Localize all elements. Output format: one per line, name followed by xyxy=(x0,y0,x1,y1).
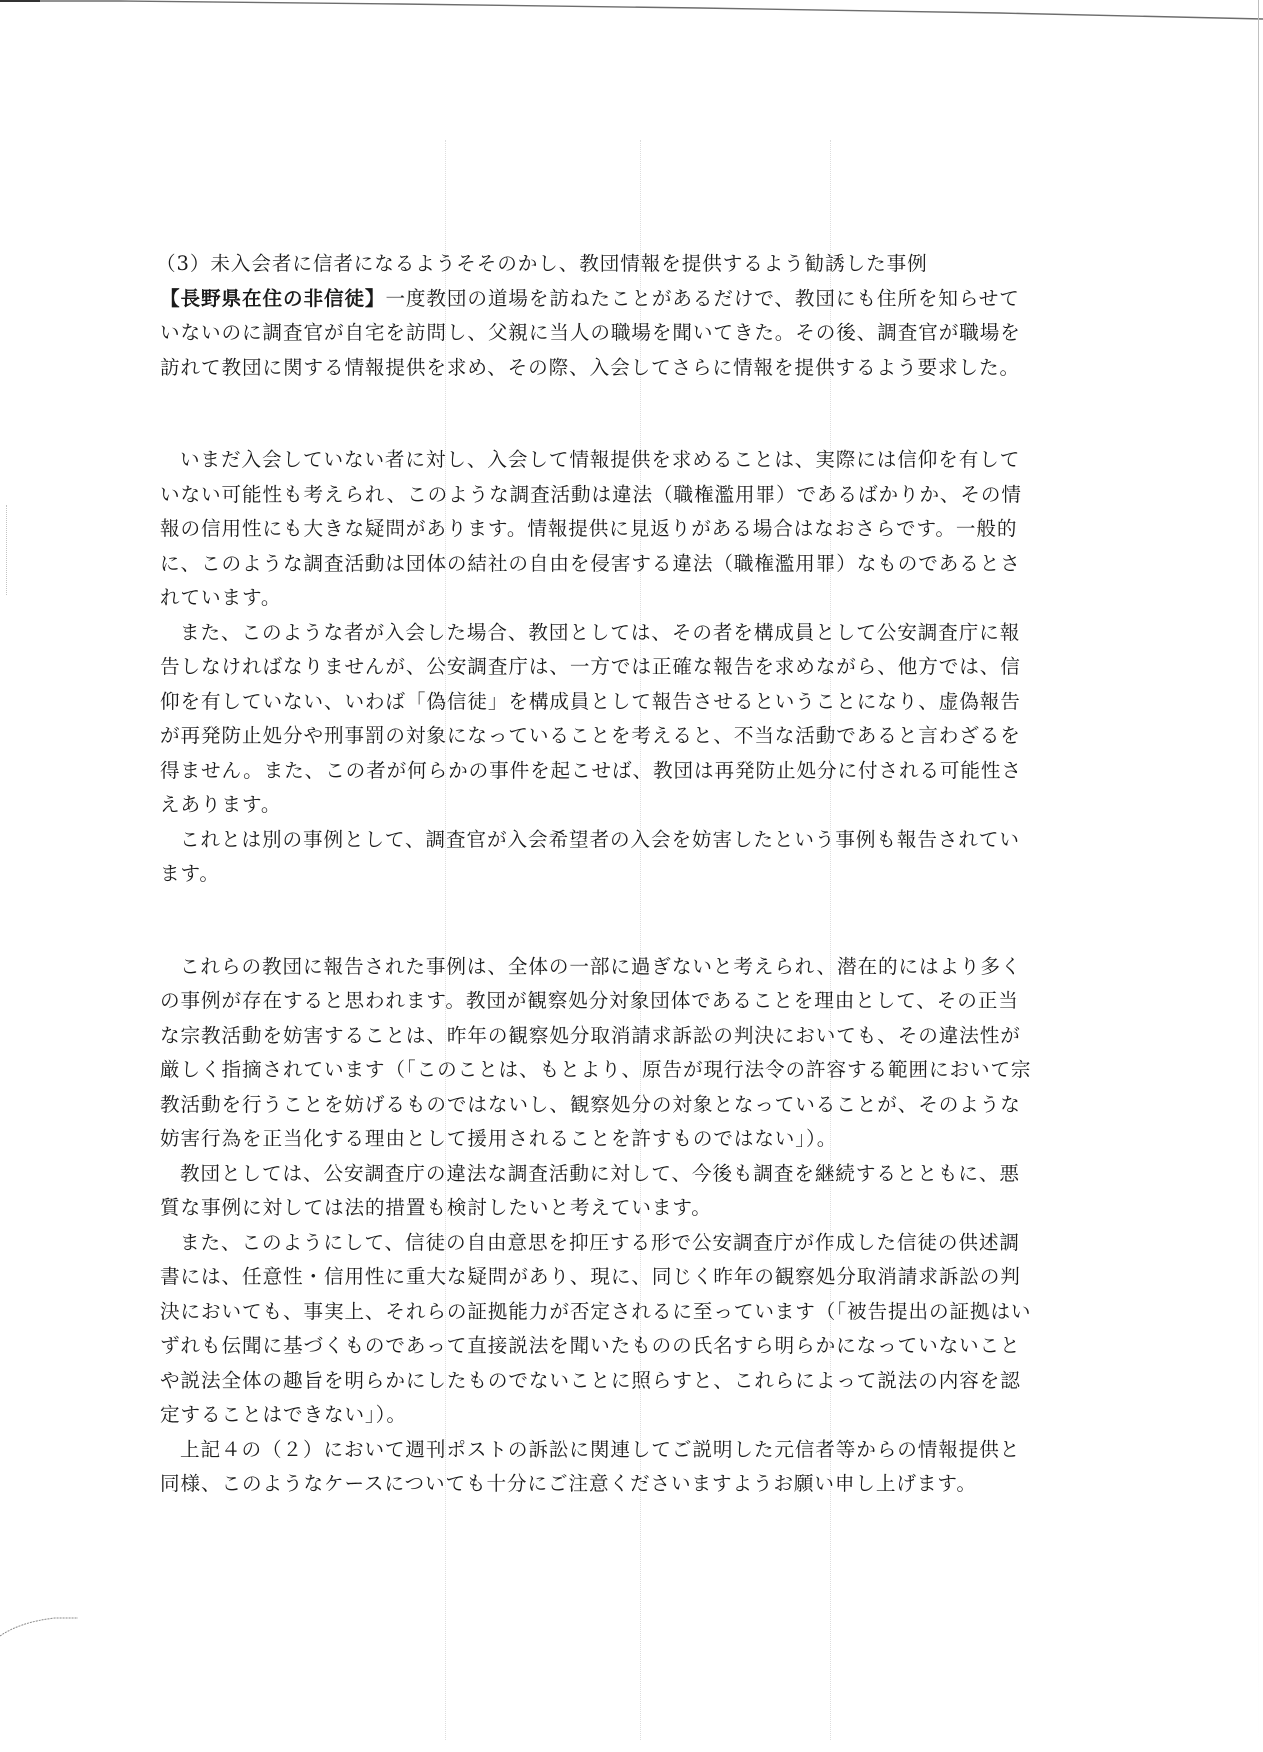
scan-right-edge xyxy=(1258,0,1259,1752)
paragraph-line: れています。 xyxy=(160,581,1085,616)
case-line: いないのに調査官が自宅を訪問し、父親に当人の職場を聞いてきた。その後、調査官が職… xyxy=(160,316,1085,351)
paragraph-line: 定することはできない」）。 xyxy=(160,1398,1085,1433)
paragraph-line: いまだ入会していない者に対し、入会して情報提供を求めることは、実際には信仰を有し… xyxy=(160,443,1085,478)
paragraph: 上記４の（２）において週刊ポストの訴訟に関連してご説明した元信者等からの情報提供… xyxy=(160,1433,1085,1502)
paragraph-line: 告しなければなりませんが、公安調査庁は、一方では正確な報告を求めながら、他方では… xyxy=(160,650,1085,685)
paragraph-line: 妨害行為を正当化する理由として援用されることを許すものではない」）。 xyxy=(160,1122,1085,1157)
paragraph-line: 決においても、事実上、それらの証拠能力が否定されるに至っています（「被告提出の証… xyxy=(160,1295,1085,1330)
paragraph-line: ます。 xyxy=(160,857,1085,892)
paragraph: また、このような者が入会した場合、教団としては、その者を構成員として公安調査庁に… xyxy=(160,616,1085,823)
paragraph-line: これとは別の事例として、調査官が入会希望者の入会を妨害したという事例も報告されて… xyxy=(160,823,1085,858)
paragraph-line: これらの教団に報告された事例は、全体の一部に過ぎないと考えられ、潜在的にはより多… xyxy=(160,950,1085,985)
case-line: 訪れて教団に関する情報提供を求め、その際、入会してさらに情報を提供するよう要求し… xyxy=(160,351,1085,386)
section-heading: （3）未入会者に信者になるようそそのかし、教団情報を提供するよう勧誘した事例 xyxy=(156,247,1085,282)
paragraph: また、このようにして、信徒の自由意思を抑圧する形で公安調査庁が作成した信徒の供述… xyxy=(160,1226,1085,1433)
paragraph: いまだ入会していない者に対し、入会して情報提供を求めることは、実際には信仰を有し… xyxy=(160,443,1085,616)
paragraph: 教団としては、公安調査庁の違法な調査活動に対して、今後も調査を継続するとともに、… xyxy=(160,1157,1085,1226)
paragraph-line: また、このようにして、信徒の自由意思を抑圧する形で公安調査庁が作成した信徒の供述… xyxy=(160,1226,1085,1261)
paragraph-line: ずれも伝聞に基づくものであって直接説法を聞いたものの氏名すら明らかになっていない… xyxy=(160,1329,1085,1364)
paragraph-line: 上記４の（２）において週刊ポストの訴訟に関連してご説明した元信者等からの情報提供… xyxy=(160,1433,1085,1468)
paragraph-line: 仰を有していない、いわば「偽信徒」を構成員として報告させるということになり、虚偽… xyxy=(160,685,1085,720)
paragraph: これとは別の事例として、調査官が入会希望者の入会を妨害したという事例も報告されて… xyxy=(160,823,1085,892)
document-body: （3）未入会者に信者になるようそそのかし、教団情報を提供するよう勧誘した事例 【… xyxy=(160,247,1085,1502)
paragraph-line: や説法全体の趣旨を明らかにしたものでないことに照らすと、これらによって説法の内容… xyxy=(160,1364,1085,1399)
paragraph-line: 教団としては、公安調査庁の違法な調査活動に対して、今後も調査を継続するとともに、… xyxy=(160,1157,1085,1192)
paragraph-line: 教活動を行うことを妨げるものではないし、観察処分の対象となっていることが、そのよ… xyxy=(160,1088,1085,1123)
spacer xyxy=(160,892,1085,950)
scan-top-edge xyxy=(0,0,1263,22)
paragraph-line: 得ません。また、この者が何らかの事件を起こせば、教団は再発防止処分に付される可能… xyxy=(160,754,1085,789)
paragraph-line: また、このような者が入会した場合、教団としては、その者を構成員として公安調査庁に… xyxy=(160,616,1085,651)
paragraph-line: 同様、このようなケースについても十分にご注意くださいますようお願い申し上げます。 xyxy=(160,1467,1085,1502)
page-curl-mark xyxy=(0,1610,90,1650)
paragraph: これらの教団に報告された事例は、全体の一部に過ぎないと考えられ、潜在的にはより多… xyxy=(160,950,1085,1157)
case-label: 【長野県在住の非信徒】 xyxy=(160,287,385,310)
paragraph-line: いない可能性も考えられ、このような調査活動は違法（職権濫用罪）であるばかりか、そ… xyxy=(160,478,1085,513)
paragraph-line: 書には、任意性・信用性に重大な疑問があり、現に、同じく昨年の観察処分取消請求訴訟… xyxy=(160,1260,1085,1295)
paragraph-line: 報の信用性にも大きな疑問があります。情報提供に見返りがある場合はなおさらです。一… xyxy=(160,512,1085,547)
scan-speckle xyxy=(6,505,11,595)
paragraph-line: えあります。 xyxy=(160,788,1085,823)
case-line: 【長野県在住の非信徒】一度教団の道場を訪ねたことがあるだけで、教団にも住所を知ら… xyxy=(160,282,1085,317)
paragraph-line: に、このような調査活動は団体の結社の自由を侵害する違法（職権濫用罪）なものである… xyxy=(160,547,1085,582)
paragraph-line: 質な事例に対しては法的措置も検討したいと考えています。 xyxy=(160,1191,1085,1226)
paragraph-line: の事例が存在すると思われます。教団が観察処分対象団体であることを理由として、その… xyxy=(160,984,1085,1019)
paragraph-line: が再発防止処分や刑事罰の対象になっていることを考えると、不当な活動であると言わざ… xyxy=(160,719,1085,754)
paragraph-line: 厳しく指摘されています（「このことは、もとより、原告が現行法令の許容する範囲にお… xyxy=(160,1053,1085,1088)
spacer xyxy=(160,385,1085,443)
paragraph-line: な宗教活動を妨害することは、昨年の観察処分取消請求訴訟の判決においても、その違法… xyxy=(160,1019,1085,1054)
